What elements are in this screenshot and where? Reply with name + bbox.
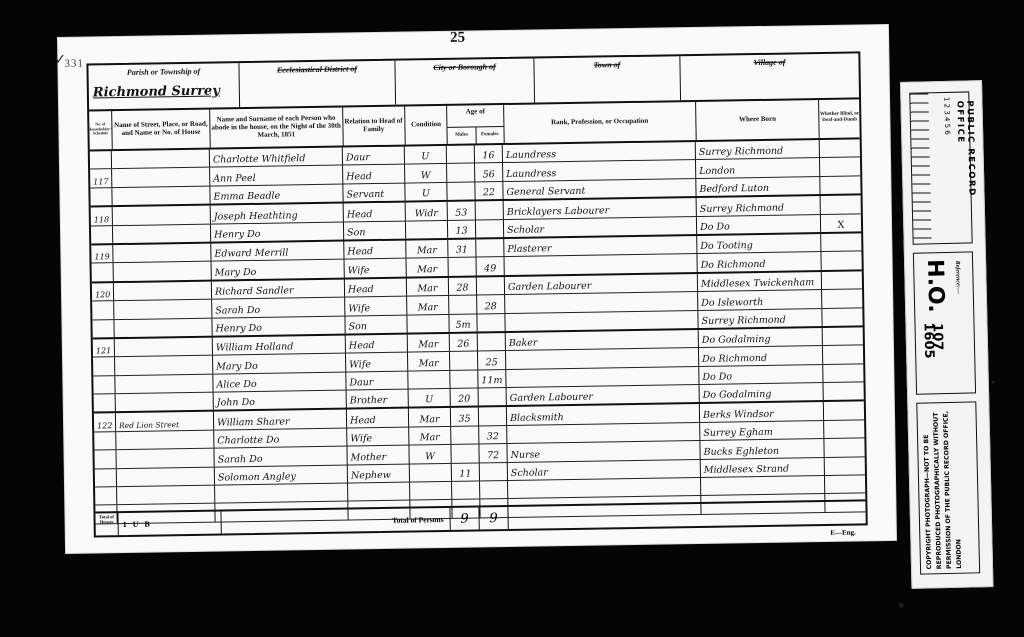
cell-female: 49 [477, 257, 505, 275]
col-blind: Whether Blind, or Deaf-and-Dumb [819, 97, 859, 138]
cell-condition [410, 482, 452, 500]
cell-occupation [508, 478, 701, 498]
cell-condition: W [409, 445, 451, 463]
cell-relation: Wife [346, 353, 408, 371]
cell-blind [823, 364, 863, 382]
cell-schedule [93, 376, 115, 394]
cell-occupation [505, 254, 698, 274]
cell-male [451, 426, 479, 444]
total-houses-label: Total of Houses [95, 513, 118, 535]
cell-street [114, 318, 212, 337]
cell-born: Do Tooting [697, 234, 821, 253]
cell-occupation: General Servant [503, 179, 696, 199]
cell-blind [821, 252, 861, 270]
cell-female [476, 239, 504, 257]
census-page: ✓ 331 25 Parish or Township of Richmond … [58, 25, 896, 553]
cell-occupation: Baker [506, 330, 699, 350]
cell-born: Surrey Richmond [696, 140, 820, 159]
cell-male: 28 [449, 277, 477, 295]
cell-name: Henry Do [211, 222, 344, 241]
cell-street [112, 168, 210, 187]
cell-occupation: Laundress [503, 142, 696, 162]
cell-street [114, 281, 212, 300]
cell-schedule [92, 263, 114, 281]
cell-male: 20 [451, 389, 479, 407]
cell-male [449, 258, 477, 276]
cell-occupation [505, 310, 698, 330]
cell-occupation: Plasterer [504, 236, 697, 256]
cell-schedule [90, 151, 112, 169]
cell-occupation: Scholar [508, 460, 701, 480]
cell-blind [823, 346, 863, 364]
cell-female: 32 [479, 426, 507, 444]
cell-condition: U [405, 146, 447, 164]
cell-name: Mary Do [212, 260, 345, 279]
cell-name: Solomon Angley [215, 465, 348, 484]
copyright-text: COPYRIGHT PHOTOGRAPH—NOT TO BE REPRODUCE… [921, 409, 965, 570]
cell-female [479, 388, 507, 406]
cell-female [479, 407, 507, 425]
cell-condition: Widr [406, 202, 448, 220]
record-office-ruler: 1 2 3 4 5 6 PUBLIC RECORD OFFICE Referen… [900, 80, 993, 589]
cell-female: 22 [475, 182, 503, 200]
cell-born: Surrey Egham [700, 421, 824, 440]
cell-schedule [90, 188, 112, 206]
cell-street [113, 206, 211, 225]
cell-occupation [506, 348, 699, 368]
cell-male: 53 [448, 202, 476, 220]
cell-occupation [506, 367, 699, 387]
cell-relation: Son [344, 221, 406, 239]
cell-relation: Servant [343, 183, 405, 201]
cell-condition: U [409, 389, 451, 407]
cell-name: Joseph Heathting [211, 204, 344, 223]
cell-born: Surrey Richmond [698, 309, 822, 328]
col-females: Females [476, 127, 503, 143]
cell-male [447, 182, 475, 200]
cell-female [478, 333, 506, 351]
cell-relation: Brother [347, 390, 409, 408]
col-born: Where Born [696, 98, 820, 140]
parish-value: Richmond Surrey [93, 83, 220, 100]
cell-street [114, 262, 212, 281]
cell-relation: Head [346, 334, 408, 352]
cell-male [450, 370, 478, 388]
cell-condition: Mar [409, 427, 451, 445]
cell-blind [822, 271, 862, 289]
cell-occupation: Blacksmith [507, 404, 700, 424]
cell-street [116, 393, 214, 412]
cell-relation: Son [345, 315, 407, 333]
cell-female: 28 [477, 295, 505, 313]
cell-name: Sarah Do [212, 298, 345, 317]
cell-born: Do Richmond [697, 252, 821, 271]
cell-born: Middlesex Strand [701, 458, 825, 477]
cell-relation: Wife [345, 259, 407, 277]
cell-street [117, 467, 215, 486]
cell-name: William Sharer [214, 410, 347, 429]
village-cell: Village of [680, 53, 859, 100]
cell-name: Henry Do [212, 316, 345, 335]
cell-blind [821, 233, 861, 251]
cell-male [449, 296, 477, 314]
col-occupation: Rank, Profession, or Occupation [504, 100, 697, 143]
col-street: Name of Street, Place, or Road, and Name… [112, 108, 211, 150]
cell-blind [820, 139, 860, 157]
cell-condition: Mar [407, 278, 449, 296]
census-table: Parish or Township of Richmond Surrey Ec… [86, 51, 867, 537]
cell-male: 5m [449, 314, 477, 332]
cell-born: Do Godalming [699, 328, 823, 347]
class-code: H.O. [922, 259, 948, 313]
cell-occupation: Garden Labourer [505, 274, 698, 294]
cell-relation: Daur [346, 371, 408, 389]
cell-male [447, 164, 475, 182]
cell-blind [824, 382, 864, 400]
cell-female [480, 463, 508, 481]
cell-schedule: 120 [92, 283, 114, 301]
cell-occupation [507, 423, 700, 443]
cell-female [476, 220, 504, 238]
cell-condition: Mar [407, 296, 449, 314]
col-condition: Condition [405, 104, 448, 145]
cell-blind [822, 308, 862, 326]
cell-condition: W [405, 164, 447, 182]
cell-relation [348, 483, 410, 501]
cell-male [447, 145, 475, 163]
cell-blind [823, 327, 863, 345]
cell-female: 72 [479, 444, 507, 462]
cell-blind: X [821, 214, 861, 232]
cell-street: Red Lion Street [116, 412, 214, 431]
cell-female: 11m [478, 370, 506, 388]
cell-male [452, 481, 480, 499]
folio-number: 331 [64, 58, 84, 70]
cell-name [215, 484, 348, 503]
cell-born: Do Do [699, 365, 823, 384]
cell-born: Middlesex Twickenham [698, 272, 822, 291]
cell-name: Edward Merrill [211, 241, 344, 260]
city-borough-cell: City or Borough of [395, 59, 535, 105]
cell-relation: Daur [343, 147, 405, 165]
cell-condition: Mar [408, 352, 450, 370]
piece-number: 1605 [920, 322, 936, 359]
cell-born: Do Richmond [699, 346, 823, 365]
cell-schedule [94, 432, 116, 450]
cell-schedule [95, 469, 117, 487]
cell-schedule [92, 301, 114, 319]
cell-born: Bedford Luton [696, 177, 820, 196]
cell-occupation [505, 292, 698, 312]
cell-female [480, 481, 508, 499]
cell-name: Sarah Do [214, 447, 347, 466]
cell-female: 16 [475, 145, 503, 163]
cell-schedule [91, 226, 113, 244]
census-rows: Charlotte WhitfieldDaurU16LaundressSurre… [90, 139, 866, 524]
ruler-scale: 1 2 3 4 5 6 PUBLIC RECORD OFFICE [909, 91, 972, 244]
cell-name: Alice Do [213, 372, 346, 391]
total-females: 9 [479, 507, 508, 529]
cell-schedule: 121 [93, 339, 115, 357]
cell-condition: Mar [407, 258, 449, 276]
cell-born: Bucks Eghleton [700, 439, 824, 458]
cell-blind [822, 290, 862, 308]
cell-born: Do Godalming [700, 383, 824, 402]
total-males: 9 [450, 507, 479, 529]
cell-name: Charlotte Do [214, 428, 347, 447]
cell-condition: Mar [406, 240, 448, 258]
cell-female: 56 [475, 163, 503, 181]
cell-schedule: 117 [90, 170, 112, 188]
cell-relation: Head [344, 203, 406, 221]
cell-born [701, 476, 825, 495]
col-schedule: No. of Householder's Schedule [89, 109, 113, 149]
cell-relation: Head [345, 278, 407, 296]
cell-street [112, 150, 210, 169]
cell-relation: Wife [345, 297, 407, 315]
cell-condition [410, 464, 452, 482]
ecclesiastical-district-cell: Ecclesiastical District of [239, 61, 396, 107]
cell-condition [408, 371, 450, 389]
parish-cell: Parish or Township of Richmond Surrey [88, 63, 240, 109]
cell-blind [820, 158, 860, 176]
cell-relation: Head [343, 165, 405, 183]
cell-street [116, 430, 214, 449]
cell-name: Richard Sandler [212, 279, 345, 298]
cell-name: Emma Beadle [210, 184, 343, 203]
cell-schedule [94, 394, 116, 412]
cell-street [113, 224, 211, 243]
cell-blind [821, 196, 861, 214]
cell-blind [825, 457, 865, 475]
cell-schedule: 122 [94, 414, 116, 432]
cell-blind [825, 475, 865, 493]
cell-born: Do Isleworth [698, 290, 822, 309]
cell-relation: Wife [347, 427, 409, 445]
cell-male [450, 352, 478, 370]
cell-blind [824, 420, 864, 438]
cell-male [451, 445, 479, 463]
town-cell: Town of [534, 56, 681, 102]
cell-male: 13 [448, 220, 476, 238]
cell-male: 11 [452, 463, 480, 481]
cell-born: London [696, 158, 820, 177]
cell-female [476, 201, 504, 219]
cell-schedule [92, 320, 114, 338]
cell-street [115, 338, 213, 357]
cell-male: 26 [450, 333, 478, 351]
page-number: 25 [450, 30, 465, 47]
cell-born: Surrey Richmond [697, 196, 821, 215]
cell-name: Ann Peel [210, 166, 343, 185]
cell-name: Charlotte Whitfield [210, 148, 343, 167]
cell-schedule [94, 450, 116, 468]
cell-street [114, 300, 212, 319]
cell-schedule: 118 [91, 207, 113, 225]
cell-relation: Mother [347, 446, 409, 464]
cell-name: John Do [214, 391, 347, 410]
cell-relation: Head [344, 241, 406, 259]
cell-street [113, 244, 211, 263]
cell-occupation: Nurse [507, 441, 700, 461]
col-name: Name and Surname of each Person who abod… [210, 106, 343, 148]
cell-occupation: Scholar [504, 217, 697, 237]
col-relation: Relation to Head of Family [343, 105, 406, 146]
total-persons-label: Total of Persons [221, 508, 450, 534]
cell-relation: Nephew [348, 464, 410, 482]
cell-condition: Mar [409, 408, 451, 426]
cell-schedule [95, 487, 117, 505]
copyright-box: COPYRIGHT PHOTOGRAPH—NOT TO BE REPRODUCE… [916, 401, 980, 574]
cell-born: Do Do [697, 215, 821, 234]
cell-occupation: Laundress [503, 160, 696, 180]
footer-mark: E—Eng. [830, 529, 856, 537]
col-age: Age of Males Females [448, 103, 505, 144]
cell-blind [820, 176, 860, 194]
col-males: Males [448, 128, 476, 144]
cell-street [117, 486, 215, 505]
cell-schedule: 119 [91, 245, 113, 263]
cell-condition [406, 220, 448, 238]
cell-born: Berks Windsor [700, 402, 824, 421]
cell-female [477, 277, 505, 295]
cell-street [115, 356, 213, 375]
ruler-title: PUBLIC RECORD OFFICE [954, 100, 977, 242]
cell-condition: Mar [408, 334, 450, 352]
cell-relation: Head [347, 409, 409, 427]
cell-blind [824, 439, 864, 457]
cell-street [116, 449, 214, 468]
cell-occupation: Bricklayers Labourer [504, 198, 697, 218]
cell-female: 25 [478, 351, 506, 369]
cell-schedule [93, 357, 115, 375]
cell-male: 35 [451, 408, 479, 426]
cell-male: 31 [448, 239, 476, 257]
cell-street [112, 186, 210, 205]
cell-female [477, 314, 505, 332]
cell-condition [407, 314, 449, 332]
cell-blind [824, 402, 864, 420]
total-houses: 1 U B [118, 511, 221, 535]
cell-name: William Holland [213, 335, 346, 354]
cell-name: Mary Do [213, 354, 346, 373]
cell-street [115, 374, 213, 393]
cell-condition: U [405, 183, 447, 201]
cell-occupation: Garden Labourer [507, 385, 700, 405]
